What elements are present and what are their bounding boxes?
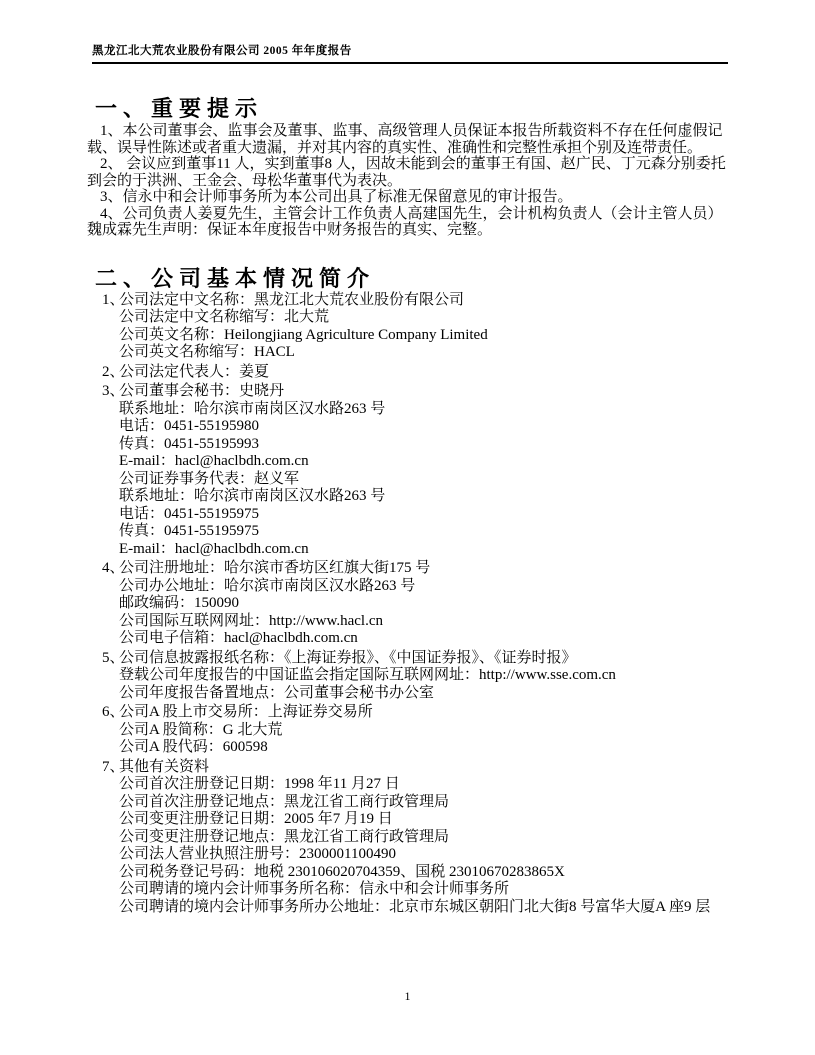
info-line: 公司首次注册登记地点：黑龙江省工商行政管理局 xyxy=(119,794,735,812)
info-line: 公司变更注册登记日期：2005 年7 月19 日 xyxy=(119,811,735,829)
info-line: 公司聘请的境内会计师事务所办公地址：北京市东城区朝阳门北大街8 号富华大厦A 座… xyxy=(119,899,735,917)
info-line: 公司董事会秘书：史晓丹 xyxy=(119,383,735,401)
notice-paragraph: 3、信永中和会计师事务所为本公司出具了标准无保留意见的审计报告。 xyxy=(87,189,730,206)
info-item-number: 2、 xyxy=(102,364,125,382)
info-item: 4、公司注册地址：哈尔滨市香坊区红旗大街175 号公司办公地址：哈尔滨市南岗区汉… xyxy=(87,560,735,648)
info-item-number: 1、 xyxy=(102,292,125,310)
info-line: 邮政编码：150090 xyxy=(119,595,735,613)
notice-paragraph: 4、公司负责人姜夏先生，主管会计工作负责人高建国先生，会计机构负责人（会计主管人… xyxy=(87,206,730,239)
info-line: 公司国际互联网网址：http://www.hacl.cn xyxy=(119,613,735,631)
important-notice-paragraphs: 1、本公司董事会、监事会及董事、监事、高级管理人员保证本报告所载资料不存在任何虚… xyxy=(87,123,730,239)
running-header-title: 黑龙江北大荒农业股份有限公司 2005 年年度报告 xyxy=(92,45,352,57)
info-item: 7、其他有关资料公司首次注册登记日期：1998 年11 月27 日公司首次注册登… xyxy=(87,759,735,917)
info-line: 公司法定代表人：姜夏 xyxy=(119,364,735,382)
info-line: 其他有关资料 xyxy=(119,759,735,777)
info-line: 公司A 股简称：G 北大荒 xyxy=(119,722,735,740)
info-line: E-mail：hacl@haclbdh.com.cn xyxy=(119,453,735,471)
info-line: 公司信息披露报纸名称：《上海证券报》、《中国证券报》、《证券时报》 xyxy=(119,650,735,668)
info-line: 公司注册地址：哈尔滨市香坊区红旗大街175 号 xyxy=(119,560,735,578)
info-item-number: 5、 xyxy=(102,650,125,668)
info-line: 传真：0451-55195993 xyxy=(119,436,735,454)
info-line: 公司聘请的境内会计师事务所名称：信永中和会计师事务所 xyxy=(119,881,735,899)
section-title-company-profile: 二、公司基本情况简介 xyxy=(95,267,815,291)
notice-paragraph: 2、 会议应到董事11 人，实到董事8 人，因故未能到会的董事王有国、赵广民、丁… xyxy=(87,156,730,189)
notice-paragraph: 1、本公司董事会、监事会及董事、监事、高级管理人员保证本报告所载资料不存在任何虚… xyxy=(87,123,730,156)
info-line: 登载公司年度报告的中国证监会指定国际互联网网址：http://www.sse.c… xyxy=(119,667,735,685)
company-info-list: 1、公司法定中文名称：黑龙江北大荒农业股份有限公司公司法定中文名称缩写：北大荒公… xyxy=(87,292,735,917)
info-item-number: 4、 xyxy=(102,560,125,578)
info-item: 3、公司董事会秘书：史晓丹联系地址：哈尔滨市南岗区汉水路263 号电话：0451… xyxy=(87,383,735,558)
info-line: 公司法人营业执照注册号：2300001100490 xyxy=(119,846,735,864)
info-item: 2、公司法定代表人：姜夏 xyxy=(87,364,735,382)
info-line: 联系地址：哈尔滨市南岗区汉水路263 号 xyxy=(119,488,735,506)
info-line: 公司税务登记号码：地税 230106020704359、国税 230106702… xyxy=(119,864,735,882)
info-item-number: 7、 xyxy=(102,759,125,777)
info-line: 电话：0451-55195980 xyxy=(119,418,735,436)
info-line: 联系地址：哈尔滨市南岗区汉水路263 号 xyxy=(119,401,735,419)
info-line: 公司A 股代码：600598 xyxy=(119,739,735,757)
info-line: 公司证券事务代表：赵义军 xyxy=(119,471,735,489)
info-line: E-mail：hacl@haclbdh.com.cn xyxy=(119,541,735,559)
info-line: 公司英文名称：Heilongjiang Agriculture Company … xyxy=(119,327,735,345)
info-item: 1、公司法定中文名称：黑龙江北大荒农业股份有限公司公司法定中文名称缩写：北大荒公… xyxy=(87,292,735,362)
info-line: 电话：0451-55195975 xyxy=(119,506,735,524)
info-item: 6、公司A 股上市交易所：上海证券交易所公司A 股简称：G 北大荒公司A 股代码… xyxy=(87,704,735,757)
section-title-important-notice: 一、重要提示 xyxy=(95,97,815,121)
info-line: 公司年度报告备置地点：公司董事会秘书办公室 xyxy=(119,685,735,703)
info-line: 传真：0451-55195975 xyxy=(119,523,735,541)
page-footer: 1 xyxy=(0,989,815,1003)
info-line: 公司A 股上市交易所：上海证券交易所 xyxy=(119,704,735,722)
info-line: 公司英文名称缩写：HACL xyxy=(119,344,735,362)
info-line: 公司变更注册登记地点：黑龙江省工商行政管理局 xyxy=(119,829,735,847)
info-item: 5、公司信息披露报纸名称：《上海证券报》、《中国证券报》、《证券时报》登载公司年… xyxy=(87,650,735,703)
report-page: 黑龙江北大荒农业股份有限公司 2005 年年度报告 一、重要提示 1、本公司董事… xyxy=(0,0,815,1055)
info-line: 公司电子信箱：hacl@haclbdh.com.cn xyxy=(119,630,735,648)
running-header: 黑龙江北大荒农业股份有限公司 2005 年年度报告 xyxy=(92,0,728,64)
info-line: 公司首次注册登记日期：1998 年11 月27 日 xyxy=(119,776,735,794)
info-item-number: 3、 xyxy=(102,383,125,401)
info-item-number: 6、 xyxy=(102,704,125,722)
info-line: 公司法定中文名称：黑龙江北大荒农业股份有限公司 xyxy=(119,292,735,310)
page-number: 1 xyxy=(405,989,411,1003)
info-line: 公司办公地址：哈尔滨市南岗区汉水路263 号 xyxy=(119,578,735,596)
info-line: 公司法定中文名称缩写：北大荒 xyxy=(119,309,735,327)
